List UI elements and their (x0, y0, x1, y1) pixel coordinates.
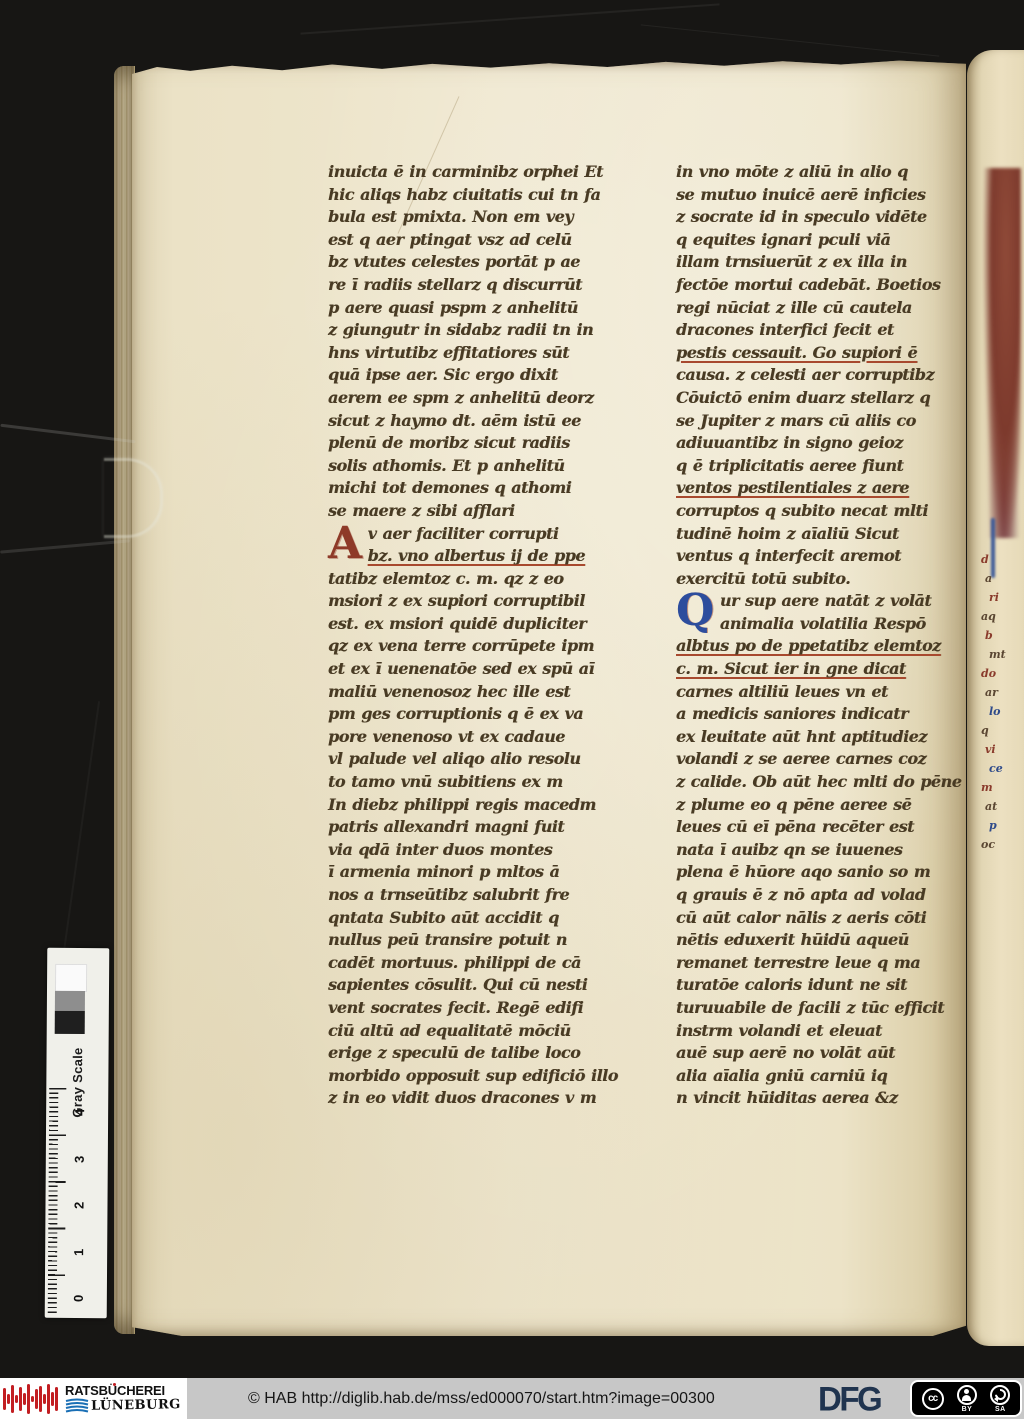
backdrop-scratch (641, 24, 939, 56)
manuscript-line: via qdā inter duos montes (328, 839, 644, 862)
edge-fragment: oc (981, 840, 995, 850)
manuscript-line: remanet terrestre leue q ma (676, 952, 992, 975)
manuscript-line: erige z speculū de talibe loco (328, 1042, 644, 1065)
manuscript-line: dracones interfici fecit et (676, 319, 992, 342)
backdrop-scratch (300, 3, 719, 34)
manuscript-line: exercitū totū subito. (676, 568, 992, 591)
illuminated-initial: A (328, 524, 362, 568)
illuminated-initial: Q (676, 591, 714, 635)
manuscript-line: cadēt mortuus. philippi de cā (328, 952, 644, 975)
edge-fragment: ar (985, 688, 998, 698)
edge-fragment: lo (989, 707, 1001, 717)
manuscript-line: ventus q interfecit aremot (676, 545, 992, 568)
manuscript-line: solis athomis. Et p anhelitū (328, 455, 644, 478)
by-label: BY (962, 1406, 973, 1413)
manuscript-line: In diebz philippi regis macedm (328, 794, 644, 817)
manuscript-line: vl palude vel aliqo alio resolu (328, 748, 644, 771)
credit-url: © HAB http://diglib.hab.de/mss/ed000070/… (248, 1378, 715, 1419)
color-patch-gray (55, 991, 85, 1011)
manuscript-line: sapientes cōsulit. Qui cū nesti (328, 974, 644, 997)
manuscript-line: quā ipse aer. Sic ergo dixit (328, 364, 644, 387)
manuscript-line: pestis cessauit. Go supiori ē (676, 342, 992, 365)
manuscript-line: alia aīalia gniū carniū iq (676, 1065, 992, 1088)
ruler-number: 1 (71, 1240, 87, 1256)
edge-fragment: a (985, 574, 992, 584)
manuscript-line: pore venenoso vt ex cadaue (328, 726, 644, 749)
footer-bar: RATSBÜCHEREI LÜNEBURG © HAB http://digli… (0, 1378, 1024, 1419)
ruler-number: 0 (71, 1286, 87, 1302)
manuscript-line: se mutuo inuicē aerē inficies (676, 184, 992, 207)
manuscript-line: morbido opposuit sup edificiō illo (328, 1065, 644, 1088)
manuscript-line: est. ex msiori quidē dupliciter (328, 613, 644, 636)
manuscript-line: Av aer faciliter corrupti (328, 523, 644, 546)
manuscript-line: nētis eduxerit hūidū aqueū (676, 929, 992, 952)
manuscript-line: n vincit hūiditas aerea &z (676, 1087, 992, 1110)
manuscript-line: albtus po de ppetatibz elemtoz (676, 635, 992, 658)
manuscript-line: plenū de moribz sicut radiis (328, 432, 644, 455)
manuscript-line: Qur sup aere natāt z volāt (676, 590, 992, 613)
leaf-stack-edge (114, 66, 135, 1334)
edge-text-fragments: dariaqbmtdoarloqvicematpoc (981, 555, 1021, 850)
manuscript-line: q grauis ē z nō apta ad volad (676, 884, 992, 907)
edge-fragment: ri (989, 593, 999, 603)
institution-line2: LÜNEBURG (91, 1398, 181, 1413)
manuscript-line: plena ē hūore aqo sanio so m (676, 861, 992, 884)
edge-fragment: aq (981, 612, 996, 622)
manuscript-line: tudinē hoim z aīaliū Sicut (676, 523, 992, 546)
manuscript-line: leues cū eī pēna recēter est (676, 816, 992, 839)
manuscript-line: bula est pmixta. Non em vey (328, 206, 644, 229)
manuscript-line: inuicta ē in carminibz orphei Et (328, 161, 644, 184)
manuscript-line: sicut z haymo dt. aēm istū ee (328, 410, 644, 433)
manuscript-line: ventos pestilentiales z aere (676, 477, 992, 500)
institution-logo-block: RATSBÜCHEREI LÜNEBURG (0, 1378, 187, 1419)
backdrop-scratch (62, 701, 100, 959)
manuscript-line: a medicis saniores indicatr (676, 703, 992, 726)
manuscript-line: q ē triplicitatis aeree fiunt (676, 455, 992, 478)
manuscript-line: ciū altū ad equalitatē mōciū (328, 1020, 644, 1043)
edge-fragment: d (981, 555, 989, 565)
edge-fragment: b (985, 631, 993, 641)
manuscript-line: pm ges corruptionis q ē ex va (328, 703, 644, 726)
manuscript-line: qz ex vena terre corrūpete ipm (328, 635, 644, 658)
manuscript-line: maliū venenosoz hec ille est (328, 681, 644, 704)
manuscript-line: Cōuictō enim duarz stellarz q (676, 387, 992, 410)
ratsbuecherei-bars-icon (3, 1381, 58, 1417)
manuscript-line: tatibz elemtoz c. m. qz z eo (328, 568, 644, 591)
red-ornament-initial (983, 168, 1021, 538)
manuscript-line: re ī radiis stellarz q discurrūt (328, 274, 644, 297)
manuscript-line: illam trnsiuerūt z ex illa in (676, 251, 992, 274)
manuscript-line: est q aer ptingat vsz ad celū (328, 229, 644, 252)
manuscript-line: c. m. Sicut ier in gne dicat (676, 658, 992, 681)
clip-arm (0, 539, 130, 553)
manuscript-line: animalia volatilia Respō (676, 613, 992, 636)
manuscript-line: z in eo vidit duos dracones v m (328, 1087, 644, 1110)
manuscript-line: to tamo vnū subitiens ex m (328, 771, 644, 794)
manuscript-line: msiori z ex supiori corruptibil (328, 590, 644, 613)
manuscript-line: vent socrates fecit. Regē edifi (328, 997, 644, 1020)
next-page-edge: dariaqbmtdoarloqvicematpoc (967, 50, 1024, 1346)
manuscript-line: corruptos q subito necat mlti (676, 500, 992, 523)
manuscript-line: se maere z sibi afflari (328, 500, 644, 523)
edge-fragment: p (989, 821, 997, 831)
manuscript-line: causa. z celesti aer corruptibz (676, 364, 992, 387)
manuscript-line: carnes altiliū leues vn et (676, 681, 992, 704)
blue-fan-icon (65, 1398, 89, 1413)
cc-license-badge: cc BY SA (910, 1380, 1022, 1417)
edge-fragment: q (981, 726, 989, 736)
manuscript-line: cū aūt calor nālis z aeris cōti (676, 907, 992, 930)
manuscript-line: hic aliqs habz ciuitatis cui tn fa (328, 184, 644, 207)
ruler-number: 3 (72, 1147, 88, 1163)
institution-name: RATSBÜCHEREI LÜNEBURG (65, 1384, 181, 1413)
manuscript-line: se Jupiter z mars cū aliis co (676, 410, 992, 433)
gray-scale-card: Gray Scale 43210 (45, 948, 110, 1318)
manuscript-line: aerem ee spm z anhelitū deorz (328, 387, 644, 410)
manuscript-line: z giungutr in sidabz radii tn in (328, 319, 644, 342)
manuscript-line: turuuabile de facili z tūc efficit (676, 997, 992, 1020)
manuscript-line: bz vtutes celestes portāt p ae (328, 251, 644, 274)
color-patch-white (55, 964, 87, 992)
edge-fragment: vi (985, 745, 996, 755)
manuscript-line: p aere quasi pspm z anhelitū (328, 297, 644, 320)
red-umlaut-dot (113, 1383, 116, 1386)
institution-line1: RATSBÜCHEREI (65, 1384, 181, 1397)
edge-fragment: at (985, 802, 997, 812)
edge-fragment: ce (989, 764, 1003, 774)
manuscript-line: regi nūciat z ille cū cautela (676, 297, 992, 320)
edge-fragment: m (981, 783, 993, 793)
dfg-logo: DFG (818, 1377, 880, 1419)
manuscript-line: z socrate id in speculo vidēte (676, 206, 992, 229)
manuscript-line: in vno mōte z aliū in alio q (676, 161, 992, 184)
sa-label: SA (995, 1406, 1006, 1413)
right-text-column: in vno mōte z aliū in alio qse mutuo inu… (676, 161, 992, 1110)
ruler-cm-ticks (48, 1088, 67, 1318)
cc-icon: cc (922, 1388, 944, 1410)
manuscript-line: et ex ī uenenatōe sed ex spū aī (328, 658, 644, 681)
edge-fragment: mt (989, 650, 1006, 660)
manuscript-line: z plume eo q pēne aeree sē (676, 794, 992, 817)
manuscript-line: adiuuantibz in signo geioz (676, 432, 992, 455)
manuscript-line: volandi z se aeree carnes coz (676, 748, 992, 771)
manuscript-line: nata ī auibz qn se iuuenes (676, 839, 992, 862)
manuscript-line: z calide. Ob aūt hec mlti do pēne (676, 771, 992, 794)
manuscript-line: nullus peū transire potuit n (328, 929, 644, 952)
manuscript-line: nos a trnseūtibz salubrit fre (328, 884, 644, 907)
manuscript-line: auē sup aerē no volāt aūt (676, 1042, 992, 1065)
manuscript-line: q equites ignari pculi viā (676, 229, 992, 252)
color-patch-black (55, 1011, 85, 1034)
manuscript-line: michi tot demones q athomi (328, 477, 644, 500)
manuscript-line: patris allexandri magni fuit (328, 816, 644, 839)
manuscript-line: hns virtutibz effitatiores sūt (328, 342, 644, 365)
manuscript-line: ex leuitate aūt hnt aptitudiez (676, 726, 992, 749)
ruler-number: 4 (72, 1100, 88, 1116)
ruler-number: 2 (71, 1193, 87, 1209)
edge-fragment: do (981, 669, 996, 679)
manuscript-line: fectōe mortui cadebāt. Boetios (676, 274, 992, 297)
manuscript-line: ī armenia minori p mltos ā (328, 861, 644, 884)
manuscript-line: instrm volandi et eleuat (676, 1020, 992, 1043)
sa-sharealike-icon: SA (990, 1385, 1010, 1413)
by-attribution-icon: BY (957, 1385, 977, 1413)
manuscript-page: inuicta ē in carminibz orphei Ethic aliq… (132, 60, 966, 1336)
manuscript-line: qntata Subito aūt accidit q (328, 907, 644, 930)
manuscript-line: turatōe caloris idunt ne sit (676, 974, 992, 997)
manuscript-line: bz. vno albertus ij de ppe (328, 545, 644, 568)
left-text-column: inuicta ē in carminibz orphei Ethic aliq… (328, 161, 644, 1110)
